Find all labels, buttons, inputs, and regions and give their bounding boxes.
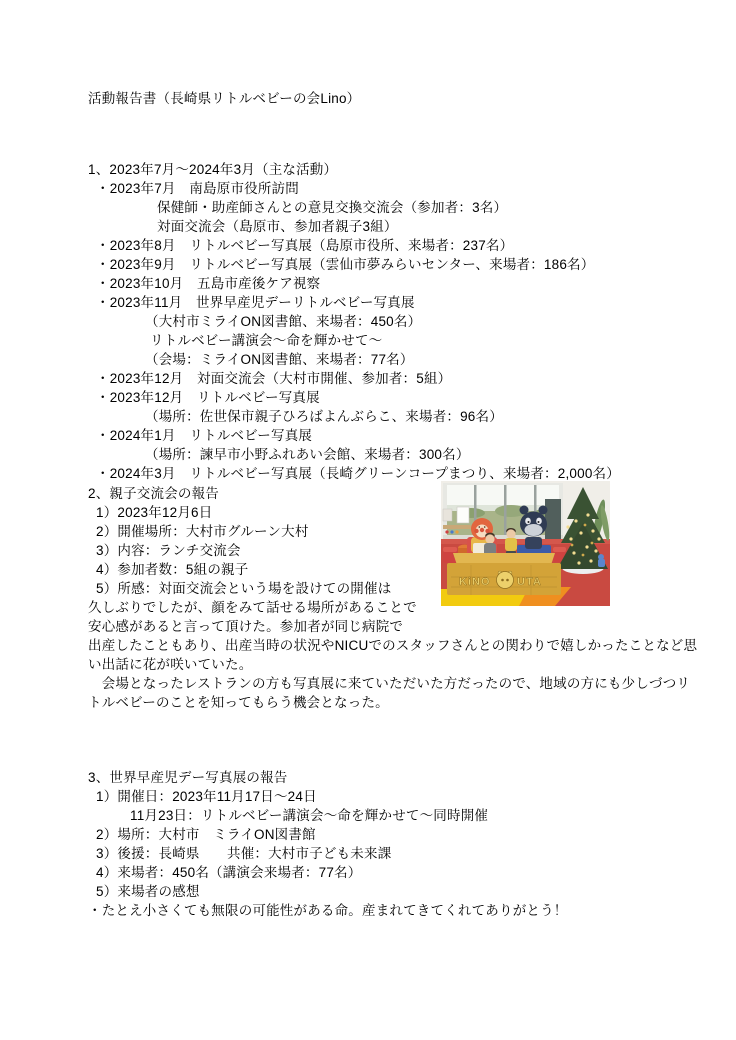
doc-line: 3）内容：ランチ交流会: [96, 541, 241, 560]
section1-heading: 1、2023年7月～2024年3月（主な活動）: [88, 160, 337, 179]
doc-line: （場所：佐世保市親子ひろばよんぶらこ、来場者：96名）: [145, 407, 503, 426]
doc-line: ・2023年9月 リトルベビー写真展（雲仙市夢みらいセンター、来場者：186名）: [96, 255, 594, 274]
doc-line: 1）2023年12月6日: [96, 503, 212, 522]
doc-line: ・2023年10月 五島市産後ケア視察: [96, 274, 320, 293]
doc-line: 3）後援：長崎県 共催：大村市子ども未来課: [96, 844, 391, 863]
doc-line: い出話に花が咲いていた。: [88, 655, 252, 674]
doc-line: ・2024年1月 リトルベビー写真展: [96, 426, 312, 445]
doc-line: 1）開催日：2023年11月17日～24日: [96, 787, 317, 806]
doc-line: ・2023年12月 対面交流会（大村市開催、参加者：5組）: [96, 369, 451, 388]
doc-line: 5）所感：対面交流会という場を設けての開催は: [96, 579, 391, 598]
doc-line: 会場となったレストランの方も写真展に来ていただいた方だったので、地域の方にも少し…: [88, 674, 690, 693]
doc-line: 安心感があると言って頂けた。参加者が同じ病院で: [88, 617, 403, 636]
doc-line: ・2023年8月 リトルベビー写真展（島原市役所、来場者：237名）: [96, 236, 513, 255]
doc-line: 保健師・助産師さんとの意見交換交流会（参加者：3名）: [157, 198, 507, 217]
doc-line: リトルベビー講演会～命を輝かせて～: [150, 331, 382, 350]
doc-line: ・2023年12月 リトルベビー写真展: [96, 388, 320, 407]
doc-line: 2）開催場所：大村市グルーン大村: [96, 522, 309, 541]
doc-line: （会場：ミライON図書館、来場者：77名）: [145, 350, 414, 369]
activity-photo-art: KiNO UTA: [441, 481, 610, 606]
doc-line: 2）場所：大村市 ミライON図書館: [96, 825, 316, 844]
doc-line: トルベビーのことを知ってもらう機会となった。: [88, 693, 389, 712]
activity-photo: KiNO UTA: [441, 481, 610, 606]
doc-line: （場所：諫早市小野ふれあい会館、来場者：300名）: [145, 445, 470, 464]
doc-line: 対面交流会（島原市、参加者親子3組）: [157, 217, 398, 236]
doc-line: ・2023年7月 南島原市役所訪問: [96, 179, 299, 198]
page-title: 活動報告書（長崎県リトルベビーの会Lino）: [88, 89, 360, 108]
bench-text-right: UTA: [517, 576, 542, 588]
doc-line: 4）来場者：450名（講演会来場者：77名）: [96, 863, 361, 882]
report-page: 活動報告書（長崎県リトルベビーの会Lino） 1、2023年7月～2024年3月…: [0, 0, 736, 1040]
doc-line: ・2023年11月 世界早産児デーリトルベビー写真展: [96, 293, 415, 312]
doc-line: 出産したこともあり、出産当時の状況やNICUでのスタッフさんとの関わりで嬉しかっ…: [88, 636, 697, 655]
section3-heading: 3、世界早産児デー写真展の報告: [88, 768, 288, 787]
doc-line: ・たとえ小さくても無限の可能性がある命。産まれてきてくれてありがとう！: [88, 901, 568, 920]
bench-text-left: KiNO: [459, 576, 491, 588]
doc-line: 4）参加者数：5組の親子: [96, 560, 248, 579]
doc-line: 11月23日：リトルベビー講演会～命を輝かせて～同時開催: [130, 806, 488, 825]
doc-line: （大村市ミライON図書館、来場者：450名）: [145, 312, 421, 331]
doc-line: 久しぶりでしたが、顔をみて話せる場所があることで: [88, 598, 417, 617]
section2-heading: 2、親子交流会の報告: [88, 484, 219, 503]
kinobuta-bench: KiNO UTA: [447, 553, 561, 595]
doc-line: 5）来場者の感想: [96, 882, 200, 901]
